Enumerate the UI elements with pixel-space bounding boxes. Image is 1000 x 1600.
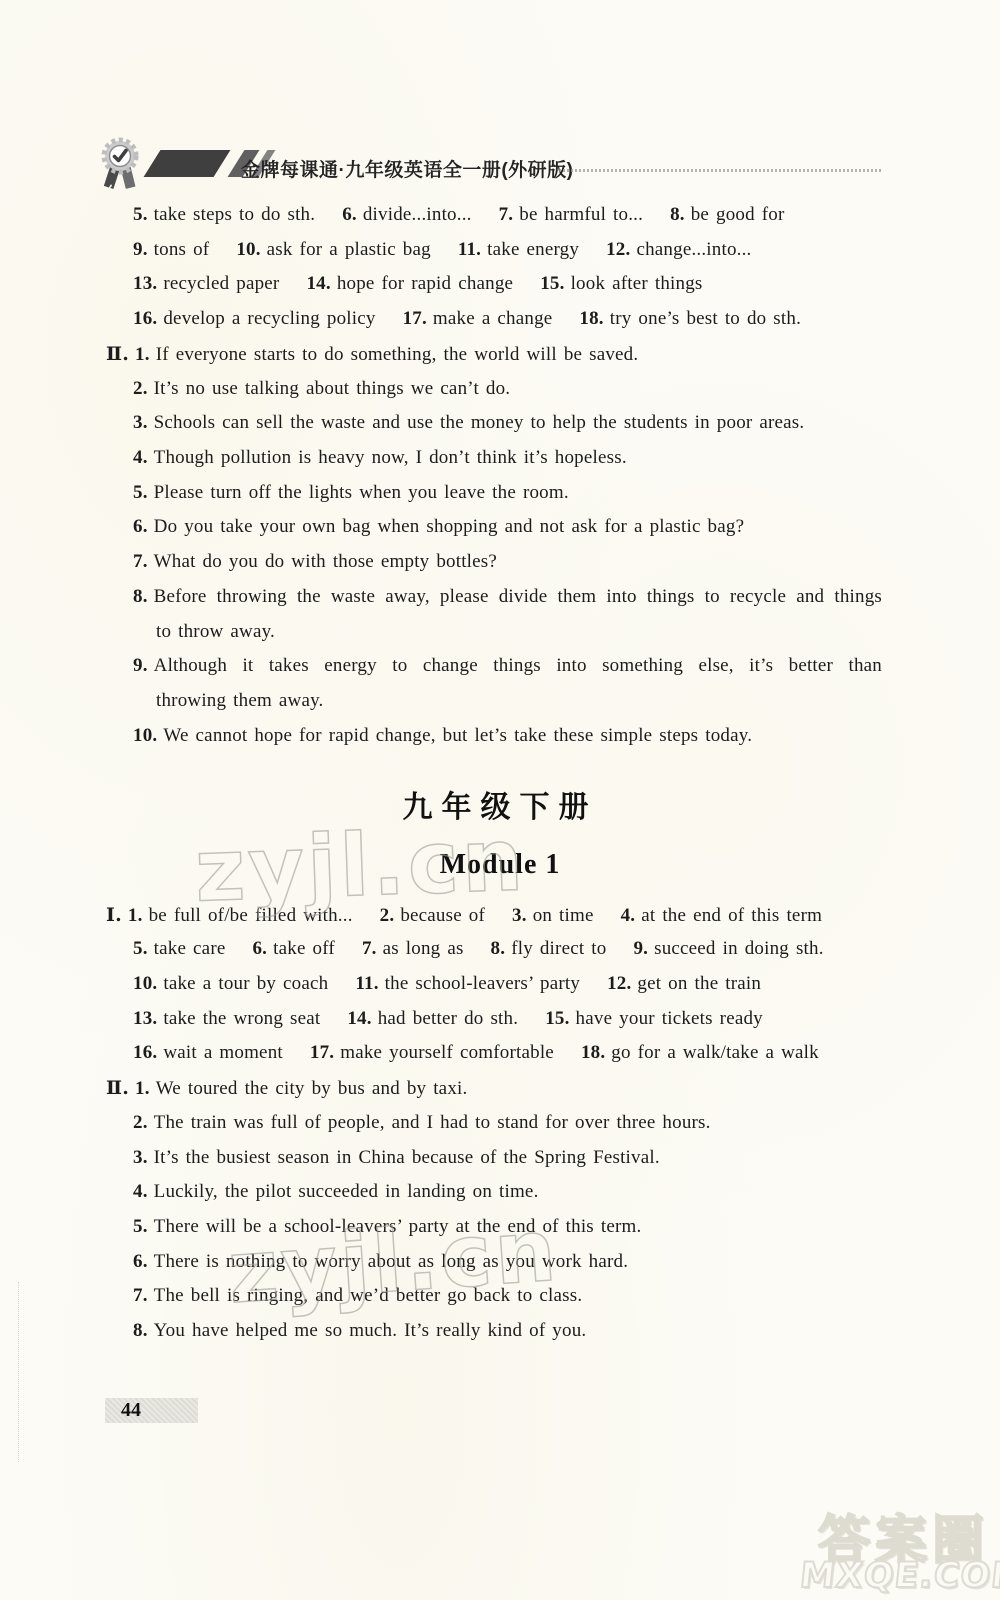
phrase-item: 13.recycled paper <box>133 273 279 294</box>
item-number: 11. <box>458 239 481 260</box>
item-text: Please turn off the lights when you leav… <box>154 482 569 503</box>
item-number: 7. <box>133 1285 148 1306</box>
watermark-site-url: MXQE.COM <box>798 1556 1000 1596</box>
item-number: 11. <box>355 973 378 994</box>
phrase-item: 10.ask for a plastic bag <box>236 239 431 260</box>
item-number: 5. <box>133 204 148 225</box>
phrase-line: 16.develop a recycling policy17.make a c… <box>0 302 1000 337</box>
sentence-line: 6.There is nothing to worry about as lon… <box>0 1245 1000 1280</box>
item-number: 3. <box>133 412 148 433</box>
item-number: 5. <box>133 938 148 959</box>
item-number: 5. <box>133 482 148 503</box>
item-number: 8. <box>133 586 148 607</box>
item-number: 8. <box>133 1320 148 1341</box>
phrase-item: 11.take energy <box>458 239 579 260</box>
phrase-line: 5.take steps to do sth.6.divide...into..… <box>0 198 1000 233</box>
item-number: 17. <box>403 308 427 329</box>
sentence-line: 4.Luckily, the pilot succeeded in landin… <box>0 1175 1000 1210</box>
phrase-item: 4.at the end of this term <box>621 905 822 926</box>
item-text: fly direct to <box>511 938 606 959</box>
item-text: wait a moment <box>163 1042 283 1063</box>
item-number: 6. <box>252 938 267 959</box>
item-number: 9. <box>133 655 148 676</box>
item-number: 10. <box>236 239 260 260</box>
item-number: 13. <box>133 1008 157 1029</box>
section-roman-numeral: Ⅱ. <box>106 1077 129 1099</box>
item-number: 3. <box>133 1147 148 1168</box>
phrase-item: 14.had better do sth. <box>347 1008 518 1029</box>
sentence-line: 3.Schools can sell the waste and use the… <box>0 406 1000 441</box>
phrase-line: 10.take a tour by coach11.the school-lea… <box>0 967 1000 1002</box>
item-number: 8. <box>670 204 685 225</box>
sentence-line: 7.What do you do with those empty bottle… <box>0 545 1000 580</box>
banner-stripe-large <box>144 150 231 177</box>
item-text: You have helped me so much. It’s really … <box>154 1320 587 1341</box>
item-text: ask for a plastic bag <box>267 239 431 260</box>
item-number: 4. <box>133 447 148 468</box>
item-text: It’s no use talking about things we can’… <box>154 378 511 399</box>
item-text: be harmful to... <box>519 204 643 225</box>
phrase-line: 5.take care6.take off7.as long as8.fly d… <box>0 932 1000 967</box>
phrase-item: 8.fly direct to <box>491 938 607 959</box>
grade-volume-heading: 九年级下册 <box>0 784 1000 832</box>
item-text: be good for <box>691 204 785 225</box>
item-text: The train was full of people, and I had … <box>154 1112 711 1133</box>
item-text: at the end of this term <box>641 905 822 926</box>
page-number-band: 44 <box>105 1398 198 1423</box>
phrase-item: 16.wait a moment <box>133 1042 283 1063</box>
item-text: take off <box>273 938 335 959</box>
module-heading: Module 1 <box>0 842 1000 888</box>
item-number: 10. <box>133 973 157 994</box>
item-number: 1. <box>135 344 150 365</box>
item-text: Luckily, the pilot succeeded in landing … <box>154 1181 539 1202</box>
item-text: If everyone starts to do something, the … <box>156 344 639 365</box>
item-text: recycled paper <box>163 273 279 294</box>
sentence-continuation: to throw away. <box>0 615 1000 650</box>
item-text: hope for rapid change <box>337 273 513 294</box>
item-text: make yourself comfortable <box>340 1042 554 1063</box>
item-number: 1. <box>135 1078 150 1099</box>
phrase-item: 5.take care <box>133 938 225 959</box>
item-number: 16. <box>133 308 157 329</box>
item-number: 17. <box>310 1042 334 1063</box>
phrase-item: 9.succeed in doing sth. <box>633 938 823 959</box>
phrase-line: 16.wait a moment17.make yourself comfort… <box>0 1036 1000 1071</box>
item-number: 18. <box>579 308 603 329</box>
sentence-line: Ⅱ.1.We toured the city by bus and by tax… <box>0 1071 1000 1106</box>
item-number: 8. <box>491 938 506 959</box>
sentence-line: 9.Although it takes energy to change thi… <box>0 649 1000 684</box>
phrase-item: 9.tons of <box>133 239 209 260</box>
sentence-line: 3.It’s the busiest season in China becau… <box>0 1141 1000 1176</box>
item-text: There will be a school-leavers’ party at… <box>154 1216 642 1237</box>
sentence-line: 6.Do you take your own bag when shopping… <box>0 510 1000 545</box>
item-number: 16. <box>133 1042 157 1063</box>
item-number: 10. <box>133 725 157 746</box>
item-text: Though pollution is heavy now, I don’t t… <box>154 447 627 468</box>
sentence-line: 4.Though pollution is heavy now, I don’t… <box>0 441 1000 476</box>
item-text: go for a walk/take a walk <box>611 1042 819 1063</box>
item-text: succeed in doing sth. <box>654 938 824 959</box>
item-text: take the wrong seat <box>163 1008 320 1029</box>
item-number: 6. <box>342 204 357 225</box>
phrase-item: 7.as long as <box>362 938 464 959</box>
item-text: Schools can sell the waste and use the m… <box>154 412 805 433</box>
item-text: We cannot hope for rapid change, but let… <box>163 725 752 746</box>
section-roman-numeral: Ⅰ. <box>106 904 122 926</box>
phrase-item: 17.make a change <box>403 308 553 329</box>
phrase-line: 9.tons of10.ask for a plastic bag11.take… <box>0 233 1000 268</box>
item-text: try one’s best to do sth. <box>610 308 801 329</box>
item-text: on time <box>533 905 594 926</box>
header-divider-line <box>559 169 882 172</box>
phrase-item: 18.try one’s best to do sth. <box>579 308 801 329</box>
phrase-item: 6.take off <box>252 938 334 959</box>
item-text: tons of <box>154 239 210 260</box>
sentence-line: 5.Please turn off the lights when you le… <box>0 476 1000 511</box>
item-number: 2. <box>380 905 395 926</box>
phrase-item: 15.look after things <box>540 273 702 294</box>
item-number: 1. <box>128 905 143 926</box>
item-text: There is nothing to worry about as long … <box>154 1251 629 1272</box>
item-number: 12. <box>607 973 631 994</box>
item-text: What do you do with those empty bottles? <box>154 551 497 572</box>
phrase-item: 16.develop a recycling policy <box>133 308 376 329</box>
item-text: Although it takes energy to change thing… <box>154 655 882 676</box>
watermark-answer-circle: 答案圈 <box>818 1498 989 1573</box>
page-header: 金牌每课通·九年级英语全一册(外研版) <box>0 0 1000 196</box>
item-number: 9. <box>133 239 148 260</box>
sentence-line: Ⅱ.1.If everyone starts to do something, … <box>0 337 1000 372</box>
sentence-line: 10.We cannot hope for rapid change, but … <box>0 719 1000 754</box>
phrase-item: 2.because of <box>380 905 485 926</box>
item-text: change...into... <box>636 239 751 260</box>
phrase-line: 13.recycled paper14.hope for rapid chang… <box>0 267 1000 302</box>
phrase-item: 13.take the wrong seat <box>133 1008 320 1029</box>
item-number: 3. <box>512 905 527 926</box>
item-text: make a change <box>433 308 552 329</box>
content: 5.take steps to do sth.6.divide...into..… <box>0 198 1000 1349</box>
item-text: develop a recycling policy <box>163 308 375 329</box>
phrase-item: 6.divide...into... <box>342 204 471 225</box>
item-text: divide...into... <box>363 204 472 225</box>
phrase-item: 14.hope for rapid change <box>306 273 513 294</box>
phrase-item: 8.be good for <box>670 204 784 225</box>
sentence-line: 2.It’s no use talking about things we ca… <box>0 372 1000 407</box>
item-text: take a tour by coach <box>163 973 328 994</box>
medal-check-icon <box>98 136 144 197</box>
item-number: 13. <box>133 273 157 294</box>
item-number: 14. <box>347 1008 371 1029</box>
item-number: 18. <box>581 1042 605 1063</box>
sentence-continuation: throwing them away. <box>0 684 1000 719</box>
item-text: had better do sth. <box>378 1008 518 1029</box>
item-text: The bell is ringing, and we’d better go … <box>154 1285 583 1306</box>
item-number: 4. <box>621 905 636 926</box>
sentence-line: 5.There will be a school-leavers’ party … <box>0 1210 1000 1245</box>
phrase-item: 10.take a tour by coach <box>133 973 328 994</box>
phrase-item: 3.on time <box>512 905 594 926</box>
phrase-item: 1.be full of/be filled with... <box>128 905 353 926</box>
sentence-line: 7.The bell is ringing, and we’d better g… <box>0 1279 1000 1314</box>
sentence-line: 2.The train was full of people, and I ha… <box>0 1106 1000 1141</box>
item-number: 15. <box>540 273 564 294</box>
item-text: Before throwing the waste away, please d… <box>154 586 882 607</box>
item-number: 7. <box>362 938 377 959</box>
item-text: be full of/be filled with... <box>149 905 353 926</box>
item-number: 2. <box>133 1112 148 1133</box>
phrase-item: 7.be harmful to... <box>499 204 643 225</box>
phrase-item: 11.the school-leavers’ party <box>355 973 580 994</box>
item-text: the school-leavers’ party <box>385 973 580 994</box>
page-number: 44 <box>121 1398 141 1423</box>
item-number: 9. <box>633 938 648 959</box>
item-text: as long as <box>383 938 464 959</box>
item-number: 14. <box>306 273 330 294</box>
item-number: 12. <box>606 239 630 260</box>
workbook-scanned-page: 金牌每课通·九年级英语全一册(外研版) 5.take steps to do s… <box>0 0 1000 1600</box>
section-roman-numeral: Ⅱ. <box>106 343 129 365</box>
item-number: 6. <box>133 516 148 537</box>
phrase-item: 15.have your tickets ready <box>545 1008 763 1029</box>
phrase-line: Ⅰ.1.be full of/be filled with...2.becaus… <box>0 898 1000 933</box>
book-title: 金牌每课通·九年级英语全一册(外研版) <box>241 155 573 182</box>
sentence-line: 8.Before throwing the waste away, please… <box>0 580 1000 615</box>
phrase-item: 17.make yourself comfortable <box>310 1042 554 1063</box>
item-number: 6. <box>133 1251 148 1272</box>
phrase-item: 12.change...into... <box>606 239 751 260</box>
item-text: have your tickets ready <box>576 1008 763 1029</box>
item-text: take steps to do sth. <box>154 204 316 225</box>
phrase-item: 5.take steps to do sth. <box>133 204 315 225</box>
item-text: We toured the city by bus and by taxi. <box>156 1078 468 1099</box>
sentence-line: 8.You have helped me so much. It’s reall… <box>0 1314 1000 1349</box>
phrase-line: 13.take the wrong seat14.had better do s… <box>0 1002 1000 1037</box>
item-text: get on the train <box>637 973 761 994</box>
item-number: 4. <box>133 1181 148 1202</box>
item-number: 7. <box>499 204 514 225</box>
item-text: take care <box>154 938 226 959</box>
item-number: 15. <box>545 1008 569 1029</box>
phrase-item: 12.get on the train <box>607 973 761 994</box>
item-text: It’s the busiest season in China because… <box>154 1147 660 1168</box>
item-text: look after things <box>571 273 703 294</box>
phrase-item: 18.go for a walk/take a walk <box>581 1042 819 1063</box>
item-number: 7. <box>133 551 148 572</box>
item-text: because of <box>400 905 485 926</box>
scan-artifact-line <box>18 1282 19 1462</box>
item-number: 2. <box>133 378 148 399</box>
item-text: take energy <box>487 239 579 260</box>
item-number: 5. <box>133 1216 148 1237</box>
item-text: Do you take your own bag when shopping a… <box>154 516 745 537</box>
